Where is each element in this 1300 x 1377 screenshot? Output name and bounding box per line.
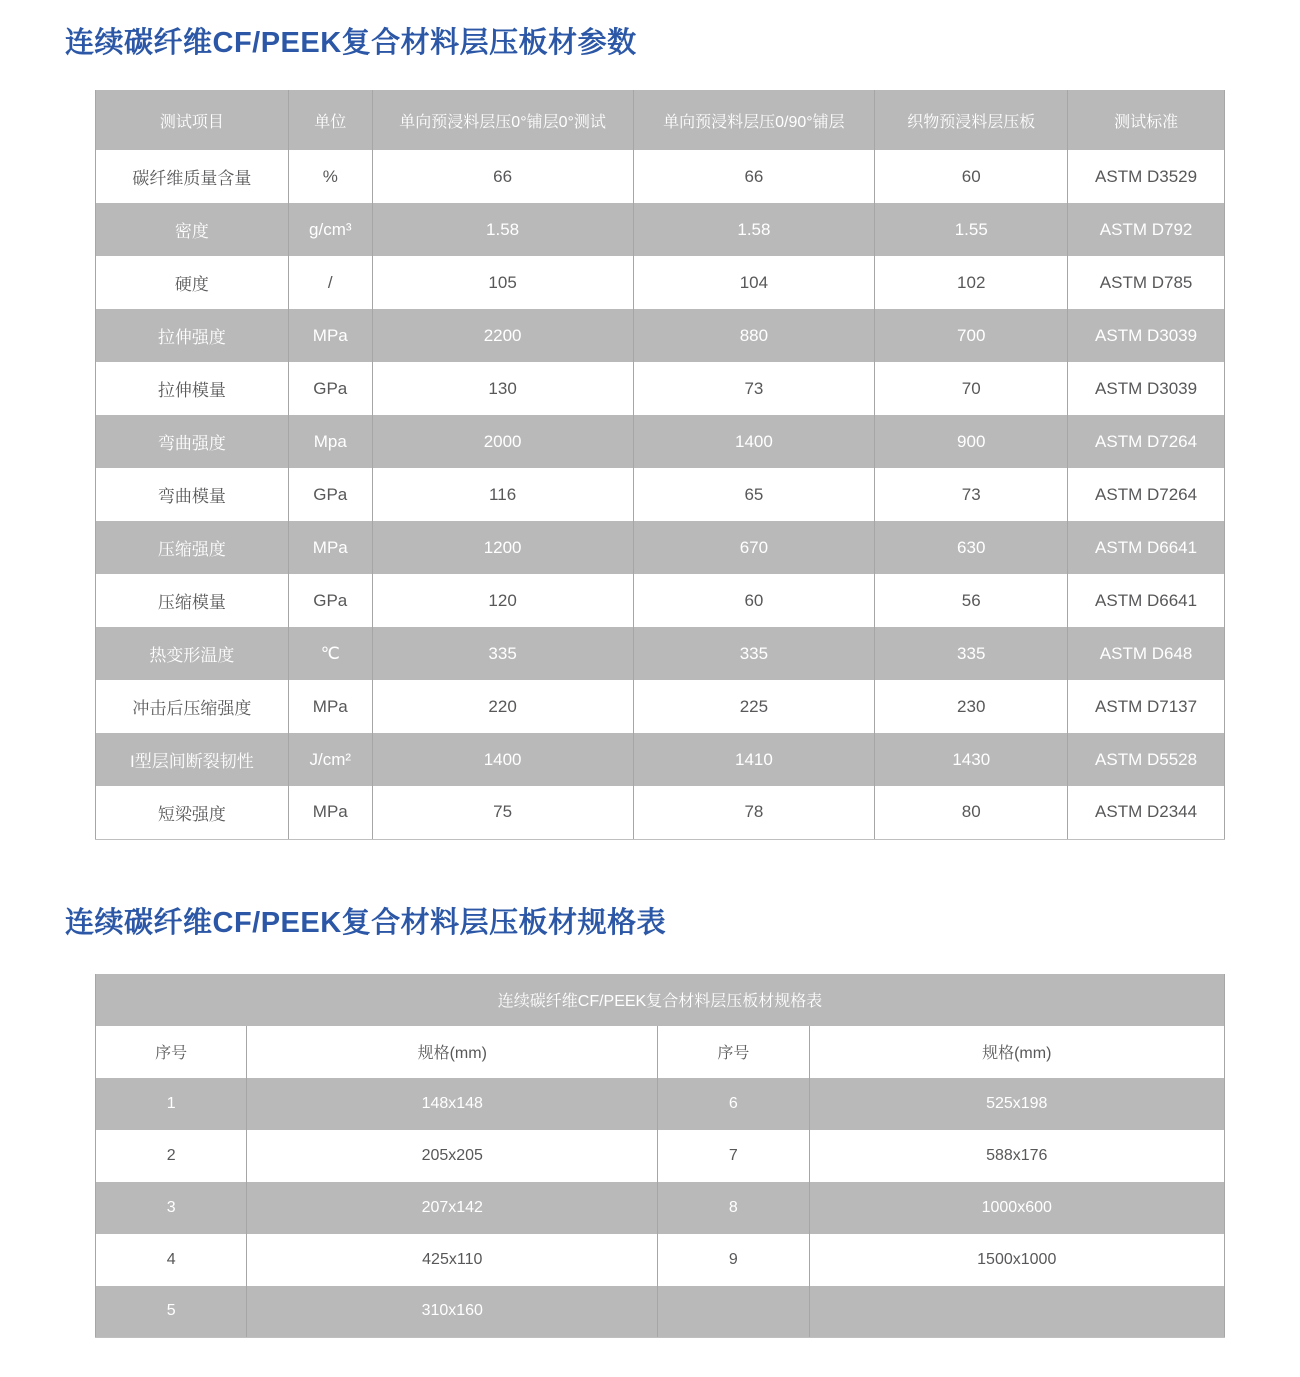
spec-table-body: 1148x1486525x1982205x2057588x1763207x142… — [96, 1078, 1225, 1338]
ud-0-90deg-value-cell: 60 — [633, 574, 875, 627]
index-cell: 7 — [658, 1130, 809, 1182]
standard-cell: ASTM D6641 — [1068, 521, 1225, 574]
params-row-7: 弯曲模量GPa1166573ASTM D7264 — [96, 468, 1225, 521]
params-table: 测试项目单位单向预浸料层压0°铺层0°测试单向预浸料层压0/90°铺层织物预浸料… — [95, 90, 1225, 840]
fabric-value-cell: 56 — [875, 574, 1068, 627]
params-row-13: 短梁强度MPa757880ASTM D2344 — [96, 786, 1225, 839]
standard-cell: ASTM D3039 — [1068, 362, 1225, 415]
standard-cell: ASTM D3529 — [1068, 150, 1225, 203]
ud-0deg-value-cell: 1200 — [372, 521, 633, 574]
ud-0-90deg-header: 单向预浸料层压0/90°铺层 — [633, 90, 875, 150]
size-cell: 205x205 — [247, 1130, 658, 1182]
standard-cell: ASTM D792 — [1068, 203, 1225, 256]
spec-row-3: 3207x14281000x600 — [96, 1182, 1225, 1234]
fabric-value-cell: 70 — [875, 362, 1068, 415]
unit-cell: ℃ — [288, 627, 372, 680]
unit-cell: MPa — [288, 309, 372, 362]
standard-cell: ASTM D2344 — [1068, 786, 1225, 839]
index-header: 序号 — [658, 1026, 809, 1078]
spec-table-title: 连续碳纤维CF/PEEK复合材料层压板材规格表 — [65, 902, 1300, 944]
index-cell: 1 — [96, 1078, 247, 1130]
unit-header: 单位 — [288, 90, 372, 150]
size-cell: 1000x600 — [809, 1182, 1224, 1234]
unit-cell: GPa — [288, 362, 372, 415]
ud-0-90deg-value-cell: 225 — [633, 680, 875, 733]
fabric-value-cell: 60 — [875, 150, 1068, 203]
size-cell: 207x142 — [247, 1182, 658, 1234]
ud-0deg-value-cell: 130 — [372, 362, 633, 415]
ud-0-90deg-value-cell: 1400 — [633, 415, 875, 468]
index-header: 序号 — [96, 1026, 247, 1078]
params-row-10: 热变形温度℃335335335ASTM D648 — [96, 627, 1225, 680]
fabric-value-cell: 900 — [875, 415, 1068, 468]
unit-cell: J/cm² — [288, 733, 372, 786]
params-row-3: 硬度/105104102ASTM D785 — [96, 256, 1225, 309]
standard-cell: ASTM D3039 — [1068, 309, 1225, 362]
size-cell: 1500x1000 — [809, 1234, 1224, 1286]
fabric-value-cell: 1.55 — [875, 203, 1068, 256]
size-header: 规格(mm) — [247, 1026, 658, 1078]
spec-table: 连续碳纤维CF/PEEK复合材料层压板材规格表 序号规格(mm)序号规格(mm)… — [95, 974, 1225, 1339]
ud-0-90deg-value-cell: 670 — [633, 521, 875, 574]
test-item-cell: 碳纤维质量含量 — [96, 150, 289, 203]
size-cell — [809, 1286, 1224, 1338]
ud-0deg-value-cell: 2000 — [372, 415, 633, 468]
ud-0deg-value-cell: 335 — [372, 627, 633, 680]
ud-0deg-value-cell: 1.58 — [372, 203, 633, 256]
params-row-9: 压缩模量GPa1206056ASTM D6641 — [96, 574, 1225, 627]
index-cell: 8 — [658, 1182, 809, 1234]
ud-0-90deg-value-cell: 65 — [633, 468, 875, 521]
unit-cell: g/cm³ — [288, 203, 372, 256]
index-cell — [658, 1286, 809, 1338]
fabric-value-cell: 102 — [875, 256, 1068, 309]
size-cell: 148x148 — [247, 1078, 658, 1130]
page: 连续碳纤维CF/PEEK复合材料层压板材参数 测试项目单位单向预浸料层压0°铺层… — [0, 22, 1300, 1338]
test-item-cell: 压缩强度 — [96, 521, 289, 574]
params-row-5: 拉伸模量GPa1307370ASTM D3039 — [96, 362, 1225, 415]
fabric-value-cell: 630 — [875, 521, 1068, 574]
size-cell: 310x160 — [247, 1286, 658, 1338]
spec-row-4: 4425x11091500x1000 — [96, 1234, 1225, 1286]
test-item-cell: 短梁强度 — [96, 786, 289, 839]
unit-cell: % — [288, 150, 372, 203]
ud-0-90deg-value-cell: 104 — [633, 256, 875, 309]
fabric-value-cell: 700 — [875, 309, 1068, 362]
test-item-header: 测试项目 — [96, 90, 289, 150]
test-item-cell: 密度 — [96, 203, 289, 256]
standard-cell: ASTM D648 — [1068, 627, 1225, 680]
params-row-12: I型层间断裂韧性J/cm²140014101430ASTM D5528 — [96, 733, 1225, 786]
ud-0deg-value-cell: 116 — [372, 468, 633, 521]
ud-0-90deg-value-cell: 73 — [633, 362, 875, 415]
spec-header-row: 序号规格(mm)序号规格(mm) — [96, 1026, 1225, 1078]
index-cell: 6 — [658, 1078, 809, 1130]
unit-cell: GPa — [288, 468, 372, 521]
ud-0deg-value-cell: 220 — [372, 680, 633, 733]
standard-cell: ASTM D6641 — [1068, 574, 1225, 627]
params-row-4: 拉伸强度MPa2200880700ASTM D3039 — [96, 309, 1225, 362]
index-cell: 2 — [96, 1130, 247, 1182]
test-item-cell: 硬度 — [96, 256, 289, 309]
ud-0deg-header: 单向预浸料层压0°铺层0°测试 — [372, 90, 633, 150]
standard-header: 测试标准 — [1068, 90, 1225, 150]
ud-0deg-value-cell: 120 — [372, 574, 633, 627]
index-cell: 4 — [96, 1234, 247, 1286]
size-cell: 588x176 — [809, 1130, 1224, 1182]
ud-0-90deg-value-cell: 880 — [633, 309, 875, 362]
index-cell: 3 — [96, 1182, 247, 1234]
size-cell: 525x198 — [809, 1078, 1224, 1130]
fabric-header: 织物预浸料层压板 — [875, 90, 1068, 150]
ud-0-90deg-value-cell: 1410 — [633, 733, 875, 786]
ud-0deg-value-cell: 1400 — [372, 733, 633, 786]
unit-cell: / — [288, 256, 372, 309]
spec-table-band-title: 连续碳纤维CF/PEEK复合材料层压板材规格表 — [96, 974, 1225, 1026]
fabric-value-cell: 73 — [875, 468, 1068, 521]
fabric-value-cell: 335 — [875, 627, 1068, 680]
params-row-2: 密度g/cm³1.581.581.55ASTM D792 — [96, 203, 1225, 256]
ud-0deg-value-cell: 105 — [372, 256, 633, 309]
params-row-6: 弯曲强度Mpa20001400900ASTM D7264 — [96, 415, 1225, 468]
unit-cell: MPa — [288, 680, 372, 733]
ud-0-90deg-value-cell: 1.58 — [633, 203, 875, 256]
test-item-cell: 压缩模量 — [96, 574, 289, 627]
size-header: 规格(mm) — [809, 1026, 1224, 1078]
spec-band-row: 连续碳纤维CF/PEEK复合材料层压板材规格表 — [96, 974, 1225, 1026]
ud-0deg-value-cell: 75 — [372, 786, 633, 839]
fabric-value-cell: 230 — [875, 680, 1068, 733]
ud-0-90deg-value-cell: 66 — [633, 150, 875, 203]
standard-cell: ASTM D5528 — [1068, 733, 1225, 786]
unit-cell: MPa — [288, 521, 372, 574]
unit-cell: MPa — [288, 786, 372, 839]
ud-0-90deg-value-cell: 78 — [633, 786, 875, 839]
spec-row-1: 1148x1486525x198 — [96, 1078, 1225, 1130]
standard-cell: ASTM D7264 — [1068, 415, 1225, 468]
fabric-value-cell: 1430 — [875, 733, 1068, 786]
ud-0deg-value-cell: 2200 — [372, 309, 633, 362]
test-item-cell: I型层间断裂韧性 — [96, 733, 289, 786]
index-cell: 9 — [658, 1234, 809, 1286]
params-table-body: 碳纤维质量含量%666660ASTM D3529密度g/cm³1.581.581… — [96, 150, 1225, 839]
ud-0-90deg-value-cell: 335 — [633, 627, 875, 680]
params-row-8: 压缩强度MPa1200670630ASTM D6641 — [96, 521, 1225, 574]
test-item-cell: 冲击后压缩强度 — [96, 680, 289, 733]
test-item-cell: 弯曲模量 — [96, 468, 289, 521]
standard-cell: ASTM D7137 — [1068, 680, 1225, 733]
standard-cell: ASTM D7264 — [1068, 468, 1225, 521]
size-cell: 425x110 — [247, 1234, 658, 1286]
index-cell: 5 — [96, 1286, 247, 1338]
test-item-cell: 拉伸模量 — [96, 362, 289, 415]
params-table-title: 连续碳纤维CF/PEEK复合材料层压板材参数 — [65, 22, 1300, 64]
test-item-cell: 弯曲强度 — [96, 415, 289, 468]
unit-cell: GPa — [288, 574, 372, 627]
spec-row-2: 2205x2057588x176 — [96, 1130, 1225, 1182]
fabric-value-cell: 80 — [875, 786, 1068, 839]
ud-0deg-value-cell: 66 — [372, 150, 633, 203]
params-header-row: 测试项目单位单向预浸料层压0°铺层0°测试单向预浸料层压0/90°铺层织物预浸料… — [96, 90, 1225, 150]
test-item-cell: 拉伸强度 — [96, 309, 289, 362]
unit-cell: Mpa — [288, 415, 372, 468]
test-item-cell: 热变形温度 — [96, 627, 289, 680]
spec-row-5: 5310x160 — [96, 1286, 1225, 1338]
standard-cell: ASTM D785 — [1068, 256, 1225, 309]
params-row-11: 冲击后压缩强度MPa220225230ASTM D7137 — [96, 680, 1225, 733]
params-row-1: 碳纤维质量含量%666660ASTM D3529 — [96, 150, 1225, 203]
